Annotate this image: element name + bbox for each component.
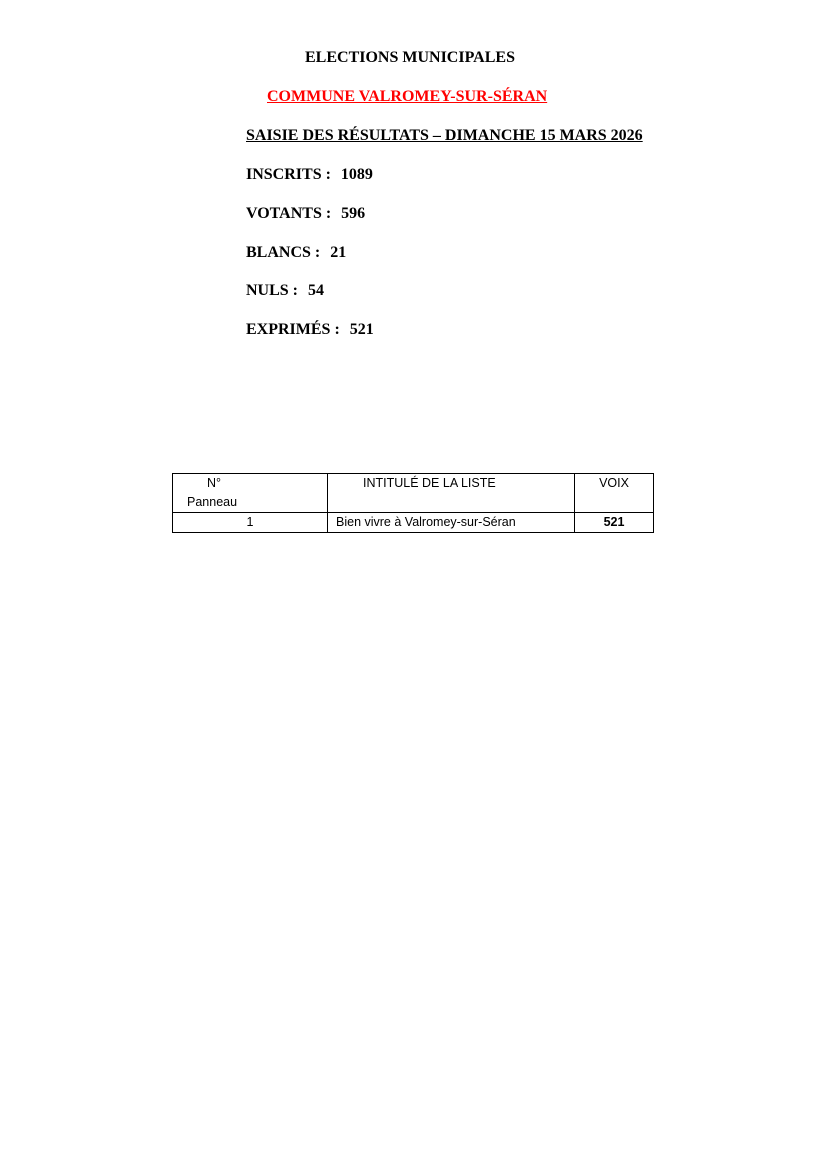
header-liste: INTITULÉ DE LA LISTE — [328, 474, 575, 513]
table-header-row: N° Panneau INTITULÉ DE LA LISTE VOIX — [173, 474, 654, 513]
header-panneau-line1: N° — [173, 474, 327, 493]
stat-label: INSCRITS : — [246, 166, 331, 183]
header-voix: VOIX — [575, 474, 654, 513]
stat-exprimes: EXPRIMÉS :521 — [246, 321, 374, 339]
header-panneau-line2: Panneau — [173, 493, 327, 512]
document-title: ELECTIONS MUNICIPALES — [305, 49, 515, 67]
cell-liste: Bien vivre à Valromey-sur-Séran — [328, 513, 575, 533]
stat-value: 521 — [350, 321, 374, 338]
cell-panneau: 1 — [173, 513, 328, 533]
stat-value: 596 — [341, 205, 365, 222]
stat-blancs: BLANCS :21 — [246, 244, 346, 262]
stat-label: VOTANTS : — [246, 205, 331, 222]
header-panneau: N° Panneau — [173, 474, 328, 513]
document-subtitle: SAISIE DES RÉSULTATS – DIMANCHE 15 MARS … — [246, 127, 643, 145]
stat-value: 21 — [330, 244, 346, 261]
stat-label: EXPRIMÉS : — [246, 321, 340, 338]
table-row: 1 Bien vivre à Valromey-sur-Séran 521 — [173, 513, 654, 533]
stat-label: NULS : — [246, 282, 298, 299]
stat-votants: VOTANTS :596 — [246, 205, 365, 223]
stat-label: BLANCS : — [246, 244, 320, 261]
stat-inscrits: INSCRITS :1089 — [246, 166, 373, 184]
stat-value: 1089 — [341, 166, 373, 183]
stat-value: 54 — [308, 282, 324, 299]
cell-voix: 521 — [575, 513, 654, 533]
results-table: N° Panneau INTITULÉ DE LA LISTE VOIX 1 B… — [172, 473, 654, 533]
commune-name: COMMUNE VALROMEY-SUR-SÉRAN — [267, 88, 547, 106]
stat-nuls: NULS :54 — [246, 282, 324, 300]
